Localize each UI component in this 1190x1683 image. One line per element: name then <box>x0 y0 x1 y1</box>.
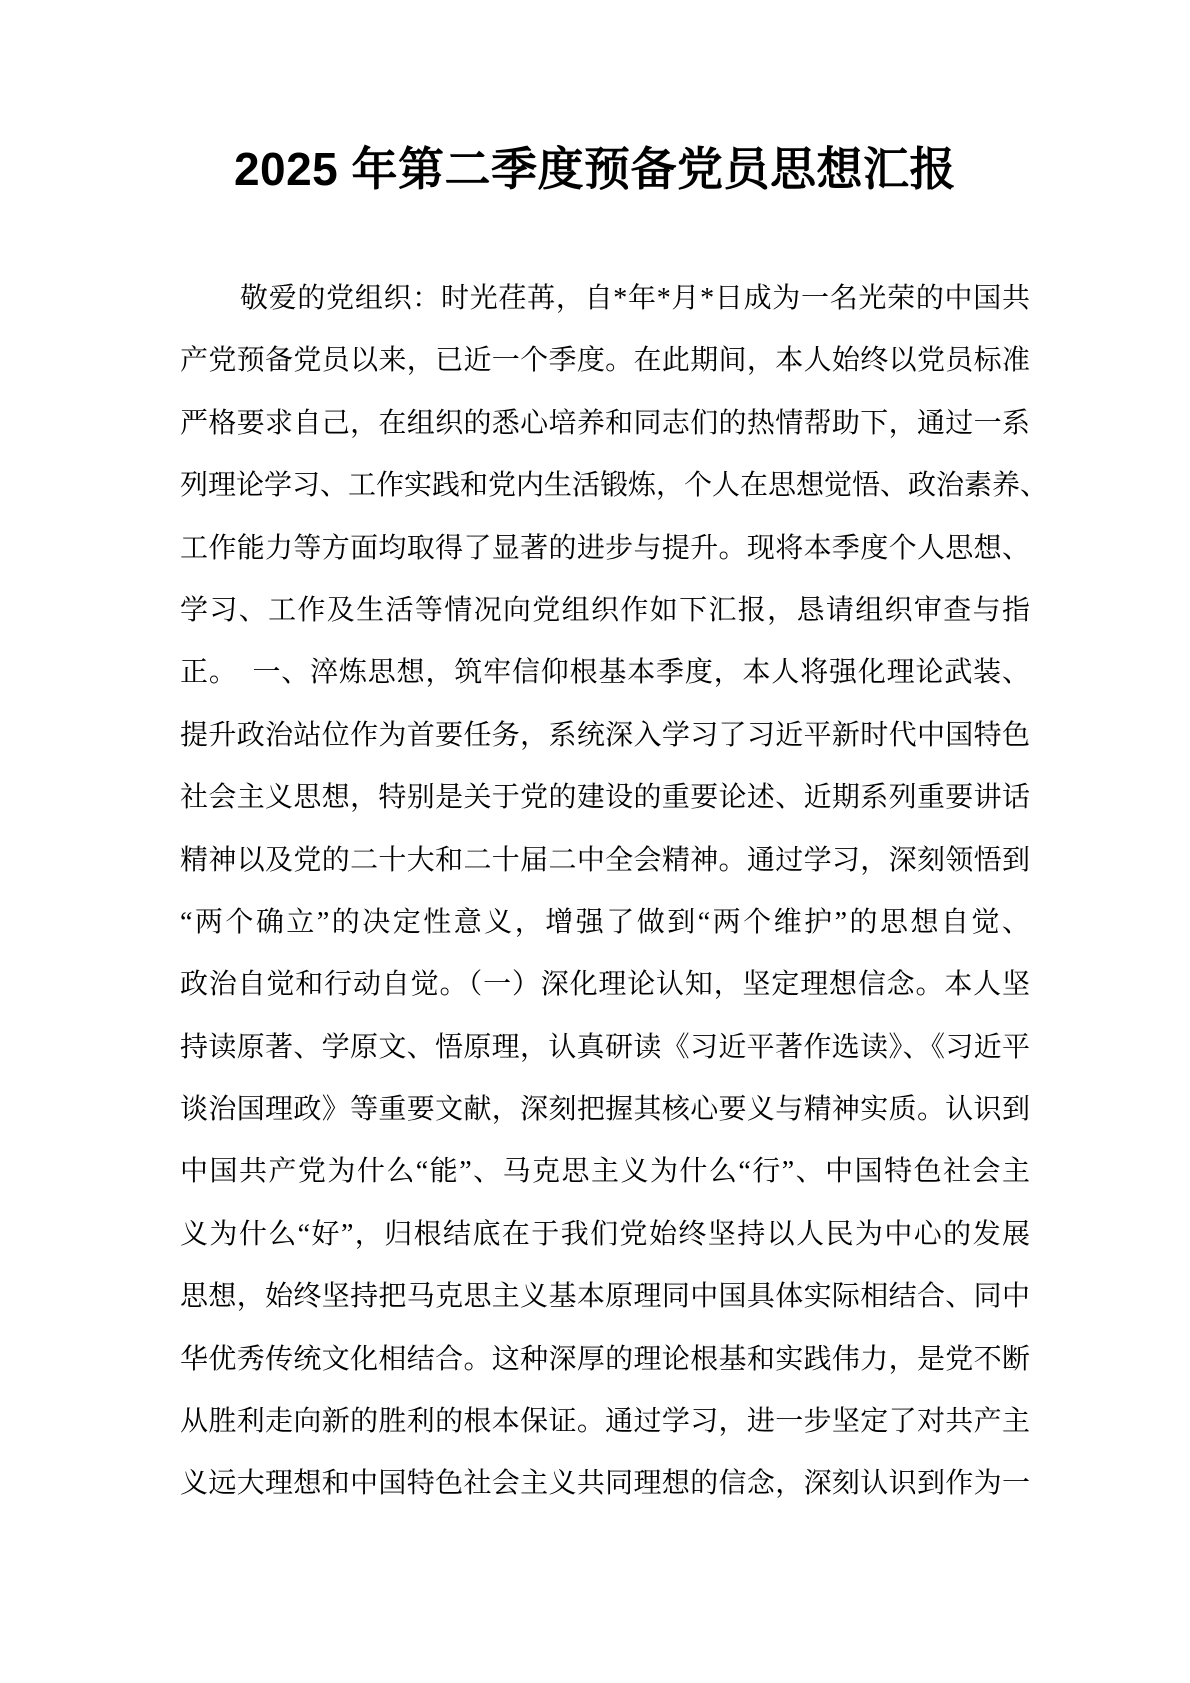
document-body: 敬爱的党组织：时光荏苒，自*年*月*日成为一名光荣的中国共产党预备党员以来，已近… <box>180 268 1030 1516</box>
body-line: 提升政治站位作为首要任务，系统深入学习了习近平新时代中国特色 <box>180 705 1030 767</box>
body-line: 从胜利走向新的胜利的根本保证。通过学习，进一步坚定了对共产主 <box>180 1391 1030 1453</box>
body-line: 谈治国理政》等重要文献，深刻把握其核心要义与精神实质。认识到 <box>180 1079 1030 1141</box>
body-line: 持读原著、学原文、悟原理，认真研读《习近平著作选读》、《习近平 <box>180 1017 1030 1079</box>
body-line: 政治自觉和行动自觉。（一）深化理论认知，坚定理想信念。本人坚 <box>180 954 1030 1016</box>
body-line: 华优秀传统文化相结合。这种深厚的理论根基和实践伟力，是党不断 <box>180 1329 1030 1391</box>
body-line: 工作能力等方面均取得了显著的进步与提升。现将本季度个人思想、 <box>180 518 1030 580</box>
body-line: 义远大理想和中国特色社会主义共同理想的信念，深刻认识到作为一 <box>180 1453 1030 1515</box>
body-line: 社会主义思想，特别是关于党的建设的重要论述、近期系列重要讲话 <box>180 767 1030 829</box>
body-line: 严格要求自己，在组织的悉心培养和同志们的热情帮助下，通过一系 <box>180 393 1030 455</box>
body-line: “两个确立”的决定性意义，增强了做到“两个维护”的思想自觉、 <box>180 892 1030 954</box>
body-line: 敬爱的党组织：时光荏苒，自*年*月*日成为一名光荣的中国共 <box>180 268 1030 330</box>
body-line: 正。 一、淬炼思想，筑牢信仰根基本季度，本人将强化理论武装、 <box>180 642 1030 704</box>
body-line: 产党预备党员以来，已近一个季度。在此期间，本人始终以党员标准 <box>180 330 1030 392</box>
body-line: 列理论学习、工作实践和党内生活锻炼，个人在思想觉悟、政治素养、 <box>180 455 1030 517</box>
body-line: 学习、工作及生活等情况向党组织作如下汇报，恳请组织审查与指 <box>180 580 1030 642</box>
document-title: 2025 年第二季度预备党员思想汇报 <box>0 138 1190 200</box>
body-line: 义为什么“好”，归根结底在于我们党始终坚持以人民为中心的发展 <box>180 1204 1030 1266</box>
document-page: 2025 年第二季度预备党员思想汇报 敬爱的党组织：时光荏苒，自*年*月*日成为… <box>0 0 1190 1683</box>
body-line: 精神以及党的二十大和二十届二中全会精神。通过学习，深刻领悟到 <box>180 830 1030 892</box>
body-line: 思想，始终坚持把马克思主义基本原理同中国具体实际相结合、同中 <box>180 1266 1030 1328</box>
body-line: 中国共产党为什么“能”、马克思主义为什么“行”、中国特色社会主 <box>180 1141 1030 1203</box>
